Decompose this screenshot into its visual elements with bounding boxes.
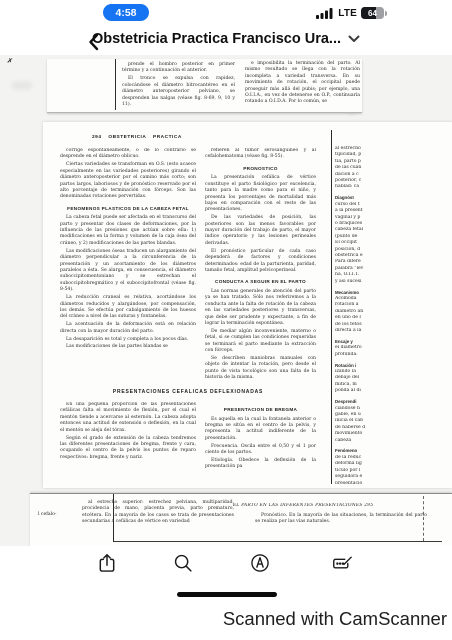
- scanned-text-line: La presentación cefálica de vértice cons…: [205, 175, 316, 213]
- share-button[interactable]: [96, 552, 118, 574]
- chevron-down-icon: [348, 35, 360, 43]
- running-header: 294 OBSTETRICIA PRACTICA: [92, 135, 182, 140]
- text-column-middle: refieren al tumor serosanguíneo y al cef…: [205, 148, 316, 388]
- home-indicator[interactable]: [177, 592, 277, 597]
- search-button[interactable]: [172, 552, 194, 574]
- time-pill[interactable]: 4:58: [103, 4, 149, 21]
- scanned-text-line: Frecuencia. Oscila entre el 0,50 y el 1 …: [205, 444, 316, 457]
- network-type-label: LTE: [338, 8, 357, 19]
- scanned-text-line: De las variedades de posición, las poste…: [205, 215, 316, 247]
- scanned-text-line: al estrecho superior: estrechez pelviana…: [82, 500, 234, 526]
- battery-tip: [385, 11, 387, 16]
- scanned-text-line: La cabeza fetal puede ser afectada en el…: [60, 215, 196, 247]
- camscanner-watermark: Scanned with CamScanner: [223, 608, 447, 630]
- section-heading: PRONOSTICO: [205, 166, 316, 172]
- annotate-icon: [330, 552, 354, 574]
- status-right-cluster: LTE 64: [316, 7, 384, 19]
- margin-note: l cefalo-: [38, 512, 56, 517]
- page-margin-rule: [115, 59, 116, 110]
- scanned-text-line: En una pequeña proporción de las present…: [60, 402, 196, 434]
- scan-artifact-mark: ✗: [6, 56, 13, 65]
- search-icon: [172, 552, 194, 574]
- scanned-text-line: Las modificaciones de las partes blandas…: [60, 344, 196, 350]
- running-header: EL PARTO EN LAS DIFERENTES PRESENTACIONE…: [233, 503, 393, 508]
- scanned-text-line: presentació: [335, 481, 383, 485]
- scanned-page-previous: prende el hombro posterior en primer tér…: [47, 59, 362, 113]
- scanned-text-line: refieren al tumor serosanguíneo y al cef…: [205, 148, 316, 161]
- recognize-text-button[interactable]: [249, 552, 271, 574]
- dashed-rule: [423, 496, 424, 541]
- scan-smudge: [12, 81, 32, 90]
- scanned-text-line: Se describen maniobras manuales con obje…: [205, 356, 316, 382]
- scanned-text-line: La reducción craneal es relativa, acortá…: [60, 295, 196, 321]
- scanned-text-line: corrige espontáneamente, o de lo contrar…: [60, 148, 196, 161]
- scanned-text-line: prende el hombro posterior en primer tér…: [122, 62, 235, 75]
- scanned-text-line: Ciertas variedades se transforman en O.S…: [60, 162, 196, 200]
- battery-percent: 64: [368, 9, 377, 18]
- recognize-text-icon: [249, 552, 271, 574]
- scanned-text-line: Las modificaciones óseas traducen un ala…: [60, 249, 196, 294]
- annotate-button[interactable]: [331, 552, 353, 574]
- scanned-text-line: El pronóstico particular de cada caso de…: [205, 249, 316, 275]
- bottom-toolbar: [0, 546, 452, 593]
- horizontal-rule: [114, 541, 442, 542]
- scanned-text-line: Pronóstico. En la mayoría de las situaci…: [255, 513, 427, 526]
- nav-bar: Obstetricia Practica Francisco Ura...: [0, 28, 452, 55]
- section-heading: CONDUCTA A SEGUIR EN EL PARTO: [205, 279, 316, 285]
- scanned-text-line: Es aquella en la cual la fontanela anter…: [205, 417, 316, 443]
- page-title: Obstetricia Practica Francisco Ura...: [92, 31, 341, 47]
- scanned-text-line: e imposibilita la terminación del parto.…: [245, 61, 360, 106]
- scanned-text-line: El tronco se expulsa con rapidez, colocá…: [122, 76, 235, 108]
- document-title-dropdown[interactable]: Obstetricia Practica Francisco Ura...: [92, 31, 360, 47]
- text-column-middle-lower: PRESENTACION DE BREGMAEs aquella en la c…: [205, 402, 316, 486]
- scanned-text-line: Según el grado de extensión de la cabeza…: [60, 436, 196, 462]
- share-icon: [96, 552, 118, 574]
- iphone-screen: 4:58 LTE 64: [0, 0, 452, 640]
- battery-icon: 64: [361, 7, 384, 19]
- scanned-text-line: Etiología. Obedece la deflexión de la pr…: [205, 458, 316, 471]
- scanned-text-line: De mediar algún inconveniente, materno o…: [205, 329, 316, 355]
- text-column: Pronóstico. En la mayoría de las situaci…: [255, 513, 427, 527]
- text-column-clipped: al estrechotipicidad, ptía, parto pde la…: [335, 146, 383, 484]
- status-bar: 4:58 LTE 64: [0, 0, 452, 28]
- text-column: e imposibilita la terminación del parto.…: [245, 61, 360, 107]
- cellular-signal-icon: [316, 7, 334, 19]
- scanned-text-line: La desaparición es total y completa a lo…: [60, 337, 196, 343]
- scanned-page-295: l cefalo- EL PARTO EN LAS DIFERENTES PRE…: [30, 493, 452, 546]
- section-heading: FENOMENOS PLASTICOS DE LA CABEZA FETAL: [60, 206, 196, 212]
- section-heading: PRESENTACION DE BREGMA: [205, 407, 316, 413]
- scanned-page-294: 294 OBSTETRICIA PRACTICA corrige espontá…: [43, 122, 452, 488]
- status-time: 4:58: [115, 7, 136, 19]
- text-column: al estrecho superior: estrechez pelviana…: [82, 500, 234, 527]
- scanned-text-line: Las normas generales de atención del par…: [205, 289, 316, 327]
- scanned-text-line: La acentuación de la deformación está en…: [60, 322, 196, 335]
- text-column-left: corrige espontáneamente, o de lo contrar…: [60, 148, 196, 388]
- document-viewer[interactable]: ✗ prende el hombro posterior en primer t…: [0, 55, 452, 546]
- book-gutter-rule: [331, 130, 332, 484]
- text-column: prende el hombro posterior en primer tér…: [122, 62, 235, 110]
- text-column-left-lower: En una pequeña proporción de las present…: [60, 402, 196, 486]
- section-wide-heading: PRESENTACIONES CEFALICAS DEFLEXIONADAS: [60, 389, 316, 395]
